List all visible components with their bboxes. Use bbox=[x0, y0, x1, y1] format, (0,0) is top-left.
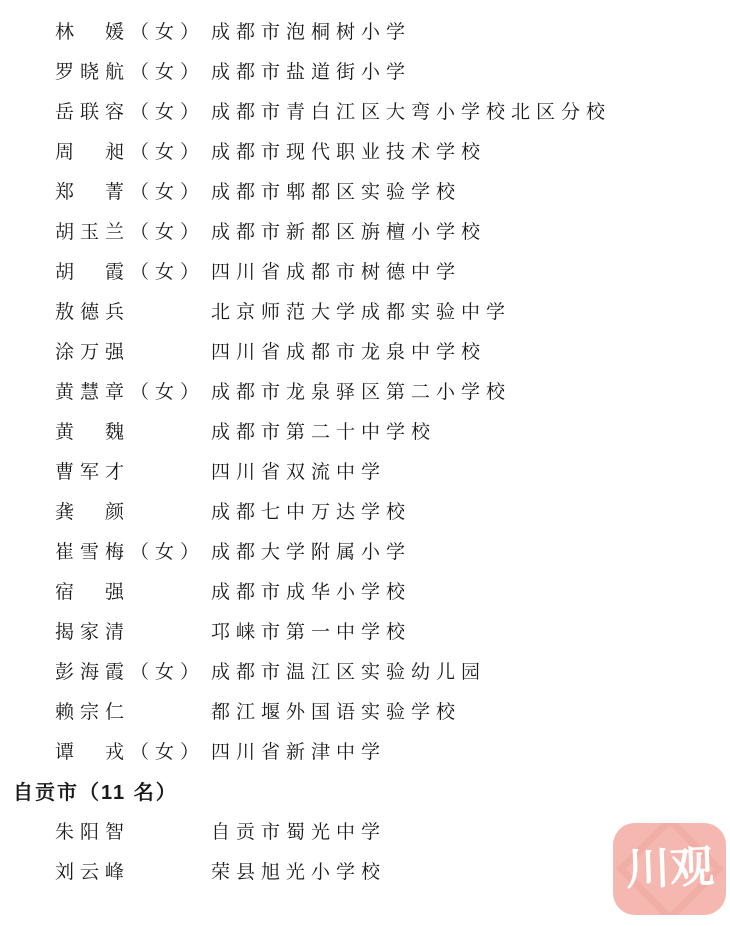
school-name: 成都市现代职业技术学校 bbox=[211, 133, 730, 173]
teacher-name: 朱阳智 bbox=[55, 813, 211, 853]
roster-row: 郑 菁（女）成都市郫都区实验学校 bbox=[0, 173, 730, 213]
teacher-name: 胡玉兰（女） bbox=[55, 213, 211, 253]
teacher-name: 黄 魏 bbox=[55, 413, 211, 453]
school-name: 都江堰外国语实验学校 bbox=[211, 693, 730, 733]
school-name: 成都市郫都区实验学校 bbox=[211, 173, 730, 213]
school-name: 成都市第二十中学校 bbox=[211, 413, 730, 453]
teacher-name: 刘云峰 bbox=[55, 853, 211, 893]
teacher-name: 罗晓航（女） bbox=[55, 53, 211, 93]
teacher-name: 涂万强 bbox=[55, 333, 211, 373]
school-name: 成都市成华小学校 bbox=[211, 573, 730, 613]
teacher-name: 胡 霞（女） bbox=[55, 253, 211, 293]
teacher-name: 曹军才 bbox=[55, 453, 211, 493]
school-name: 邛崃市第一中学校 bbox=[211, 613, 730, 653]
teacher-name: 岳联容（女） bbox=[55, 93, 211, 133]
teacher-name: 谭 戎（女） bbox=[55, 733, 211, 773]
roster-row: 龚 颜成都七中万达学校 bbox=[0, 493, 730, 533]
teacher-name: 崔雪梅（女） bbox=[55, 533, 211, 573]
roster-row: 黄慧章（女）成都市龙泉驿区第二小学校 bbox=[0, 373, 730, 413]
roster-row: 罗晓航（女）成都市盐道街小学 bbox=[0, 53, 730, 93]
teacher-name: 龚 颜 bbox=[55, 493, 211, 533]
school-name: 四川省双流中学 bbox=[211, 453, 730, 493]
teacher-name: 周 昶（女） bbox=[55, 133, 211, 173]
roster-row: 彭海霞（女）成都市温江区实验幼儿园 bbox=[0, 653, 730, 693]
school-name: 成都市温江区实验幼儿园 bbox=[211, 653, 730, 693]
teacher-roster-list: 林 媛（女）成都市泡桐树小学罗晓航（女）成都市盐道街小学岳联容（女）成都市青白江… bbox=[0, 0, 730, 893]
school-name: 四川省成都市龙泉中学校 bbox=[211, 333, 730, 373]
teacher-name: 郑 菁（女） bbox=[55, 173, 211, 213]
school-name: 四川省新津中学 bbox=[211, 733, 730, 773]
school-name: 成都市新都区旃檀小学校 bbox=[211, 213, 730, 253]
teacher-name: 敖德兵 bbox=[55, 293, 211, 333]
teacher-name: 赖宗仁 bbox=[55, 693, 211, 733]
chuanguan-logo-text: 川观 bbox=[625, 845, 714, 892]
school-name: 成都市青白江区大弯小学校北区分校 bbox=[211, 93, 730, 133]
roster-row: 黄 魏成都市第二十中学校 bbox=[0, 413, 730, 453]
school-name: 成都七中万达学校 bbox=[211, 493, 730, 533]
roster-row: 宿 强成都市成华小学校 bbox=[0, 573, 730, 613]
school-name: 成都大学附属小学 bbox=[211, 533, 730, 573]
roster-row: 胡玉兰（女）成都市新都区旃檀小学校 bbox=[0, 213, 730, 253]
teacher-name: 黄慧章（女） bbox=[55, 373, 211, 413]
roster-row: 谭 戎（女）四川省新津中学 bbox=[0, 733, 730, 773]
roster-row: 胡 霞（女）四川省成都市树德中学 bbox=[0, 253, 730, 293]
teacher-name: 彭海霞（女） bbox=[55, 653, 211, 693]
roster-row: 涂万强四川省成都市龙泉中学校 bbox=[0, 333, 730, 373]
roster-row: 曹军才四川省双流中学 bbox=[0, 453, 730, 493]
school-name: 北京师范大学成都实验中学 bbox=[211, 293, 730, 333]
roster-row: 赖宗仁都江堰外国语实验学校 bbox=[0, 693, 730, 733]
section-header: 自贡市（11 名） bbox=[0, 773, 730, 813]
school-name: 成都市龙泉驿区第二小学校 bbox=[211, 373, 730, 413]
roster-row: 周 昶（女）成都市现代职业技术学校 bbox=[0, 133, 730, 173]
school-name: 四川省成都市树德中学 bbox=[211, 253, 730, 293]
teacher-name: 林 媛（女） bbox=[55, 13, 211, 53]
school-name: 成都市盐道街小学 bbox=[211, 53, 730, 93]
teacher-name: 宿 强 bbox=[55, 573, 211, 613]
school-name: 成都市泡桐树小学 bbox=[211, 13, 730, 53]
roster-row: 崔雪梅（女）成都大学附属小学 bbox=[0, 533, 730, 573]
teacher-name: 揭家清 bbox=[55, 613, 211, 653]
roster-row: 岳联容（女）成都市青白江区大弯小学校北区分校 bbox=[0, 93, 730, 133]
roster-row: 林 媛（女）成都市泡桐树小学 bbox=[0, 13, 730, 53]
chuanguan-news-watermark: 川观 bbox=[613, 823, 726, 915]
roster-row: 揭家清邛崃市第一中学校 bbox=[0, 613, 730, 653]
roster-row: 敖德兵北京师范大学成都实验中学 bbox=[0, 293, 730, 333]
document-page: 林 媛（女）成都市泡桐树小学罗晓航（女）成都市盐道街小学岳联容（女）成都市青白江… bbox=[0, 0, 730, 926]
